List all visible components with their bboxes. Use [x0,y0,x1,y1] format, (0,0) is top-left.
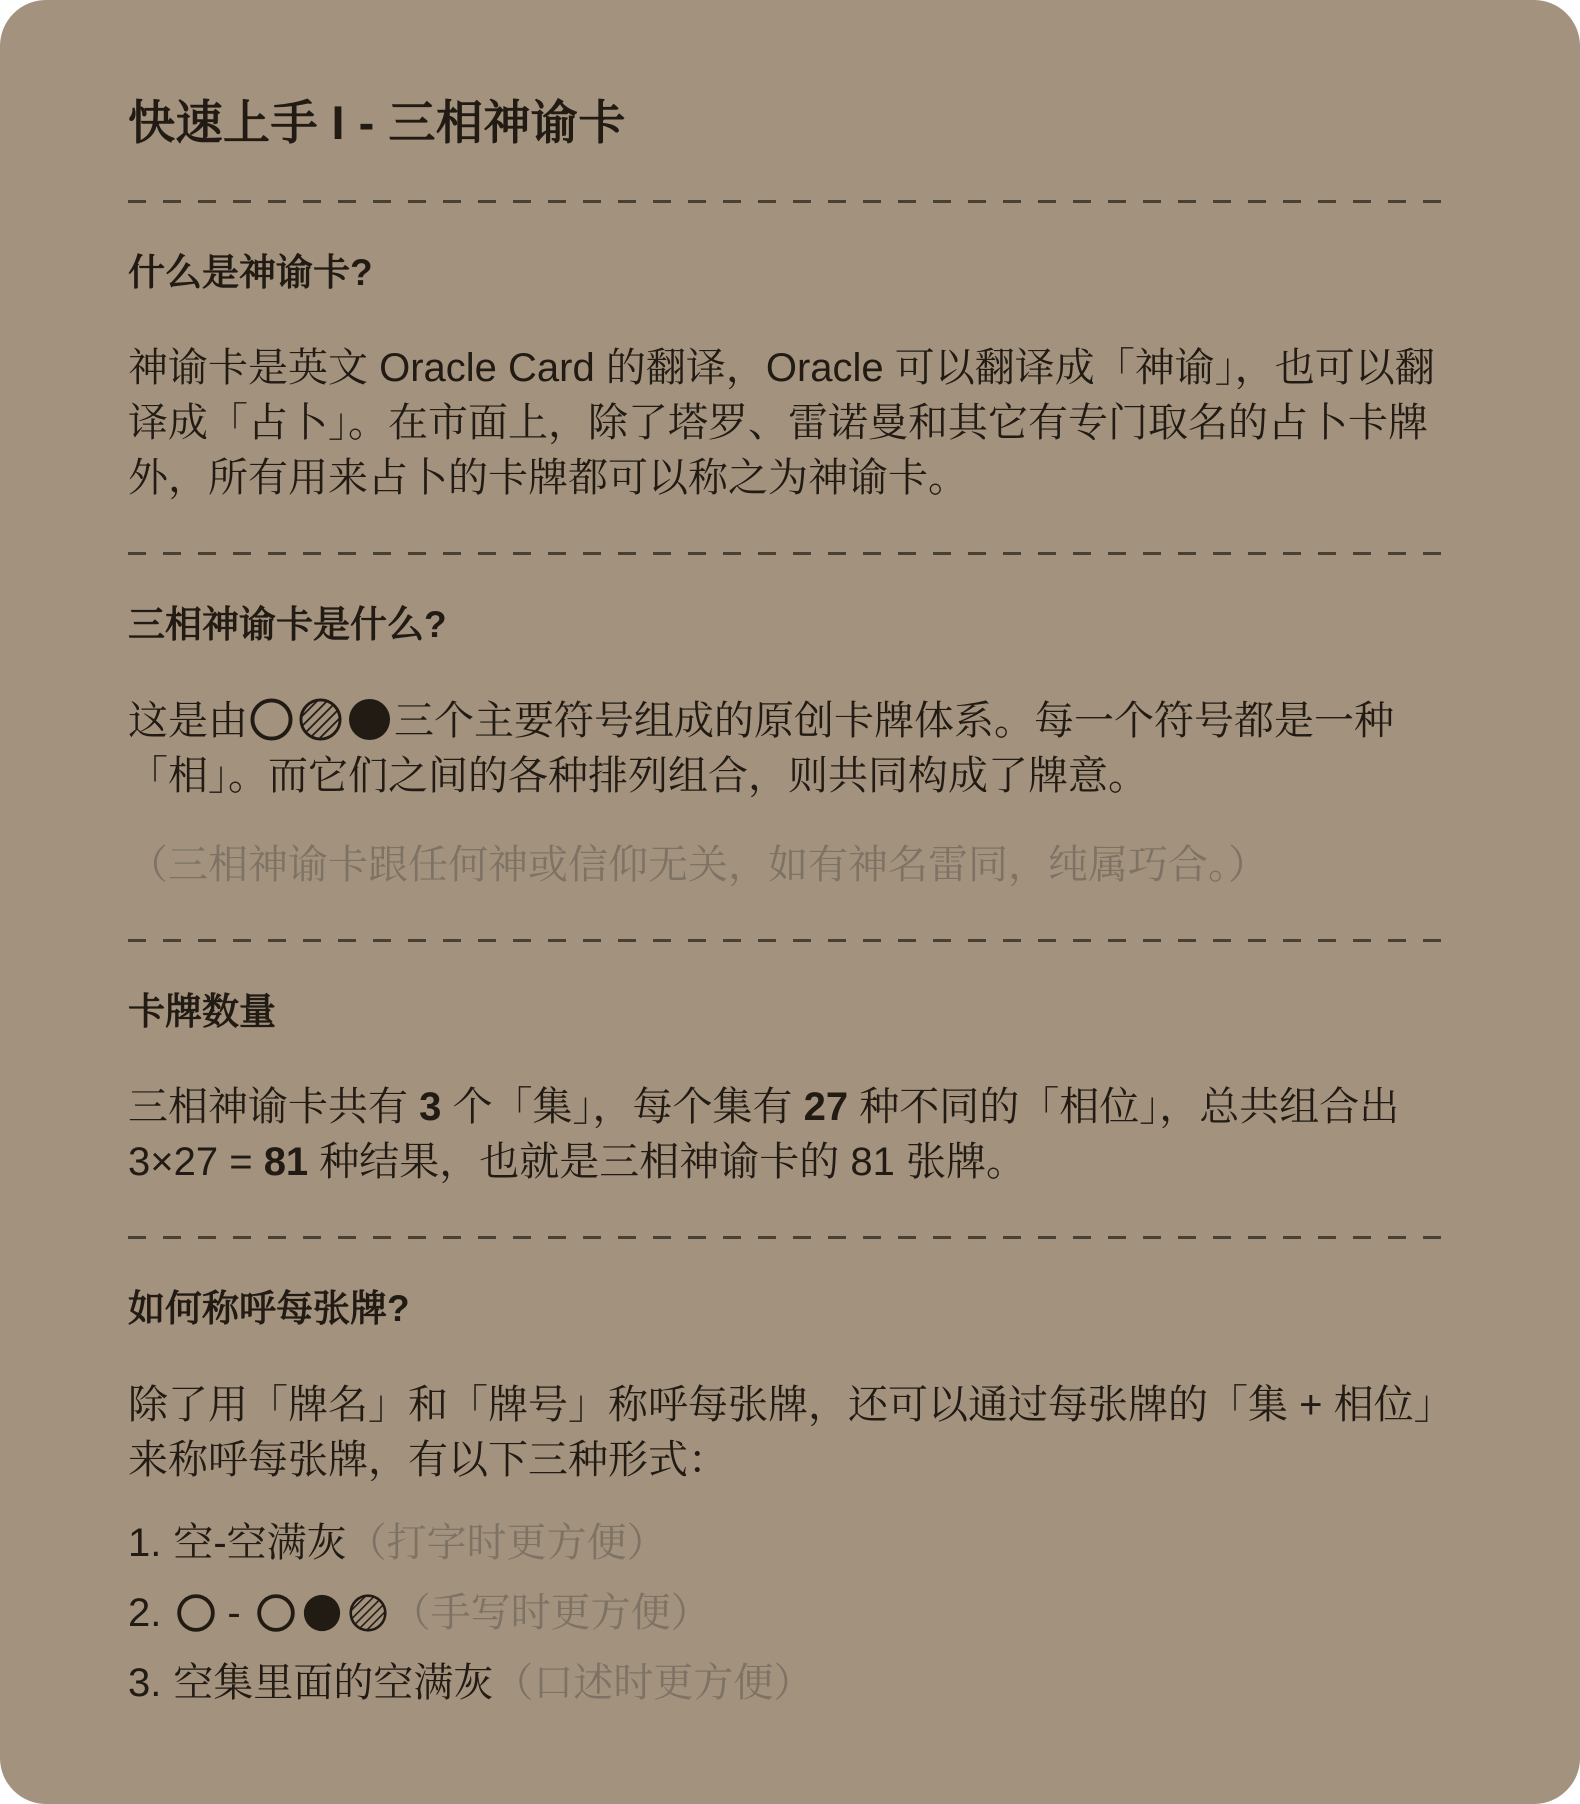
list-number: 2. [128,1591,161,1635]
section-how-to-name-cards: 如何称呼每张牌? 除了用「牌名」和「牌号」称呼每张牌，还可以通过每张牌的「集 +… [128,1287,1452,1710]
circle-empty-icon [248,698,296,741]
document-card: 快速上手 I - 三相神谕卡 什么是神谕卡? 神谕卡是英文 Oracle Car… [0,0,1580,1804]
list-number: 1. [128,1521,161,1565]
separator-dash: - [227,1591,240,1635]
list-text: 空集里面的空满灰 [173,1661,493,1705]
section-what-is-oracle-card: 什么是神谕卡? 神谕卡是英文 Oracle Card 的翻译，Oracle 可以… [128,251,1452,506]
section-paragraph: 除了用「牌名」和「牌号」称呼每张牌，还可以通过每张牌的「集 + 相位」来称呼每张… [128,1378,1452,1488]
list-note: （口述时更方便） [493,1661,813,1705]
list-item-handwritten-form: 2.-（手写时更方便） [128,1586,1452,1641]
paragraph-text: 三相神谕卡共有 [128,1085,419,1129]
circle-hatched-icon [345,1594,391,1632]
list-item-spoken-form: 3.空集里面的空满灰（口述时更方便） [128,1656,1452,1711]
naming-forms-list: 1.空-空满灰（打字时更方便） 2.-（手写时更方便） 3.空集里面的空满灰（口… [128,1516,1452,1711]
list-number: 3. [128,1661,161,1705]
list-text: 空-空满灰 [173,1521,346,1565]
section-heading: 三相神谕卡是什么? [128,603,1452,647]
section-paragraph: 神谕卡是英文 Oracle Card 的翻译，Oracle 可以翻译成「神谕」，… [128,341,1452,506]
section-card-count: 卡牌数量 三相神谕卡共有 3 个「集」，每个集有 27 种不同的「相位」，总共组… [128,990,1452,1190]
page-title: 快速上手 I - 三相神谕卡 [128,96,1452,150]
paragraph-text: 种结果，也就是三相神谕卡的 81 张牌。 [308,1140,1026,1184]
section-note: （三相神谕卡跟任何神或信仰无关，如有神名雷同，纯属巧合。） [128,838,1452,893]
circle-filled-icon [345,698,394,741]
bold-number: 27 [804,1085,849,1129]
section-heading: 卡牌数量 [128,990,1452,1034]
section-paragraph: 这是由三个主要符号组成的原创卡牌体系。每一个符号都是一种「相」。而它们之间的各种… [128,694,1452,804]
list-note: （打字时更方便） [347,1521,667,1565]
section-heading: 如何称呼每张牌? [128,1287,1452,1331]
circle-filled-icon [299,1594,345,1632]
paragraph-text: 个「集」，每个集有 [441,1085,803,1129]
section-paragraph: 三相神谕卡共有 3 个「集」，每个集有 27 种不同的「相位」，总共组合出 3×… [128,1080,1452,1190]
circle-empty-icon [253,1594,299,1632]
list-item-typed-form: 1.空-空满灰（打字时更方便） [128,1516,1452,1571]
circle-hatched-icon [296,698,345,741]
bold-number: 81 [264,1140,309,1184]
dashed-divider [128,1236,1452,1239]
dashed-divider [128,939,1452,942]
section-heading: 什么是神谕卡? [128,251,1452,295]
dashed-divider [128,200,1452,203]
section-what-is-three-phase-oracle: 三相神谕卡是什么? 这是由三个主要符号组成的原创卡牌体系。每一个符号都是一种「相… [128,603,1452,892]
paragraph-text: 这是由 [128,699,248,743]
circle-empty-icon [173,1594,219,1632]
bold-number: 3 [419,1085,441,1129]
list-note: （手写时更方便） [391,1591,711,1635]
dashed-divider [128,552,1452,555]
